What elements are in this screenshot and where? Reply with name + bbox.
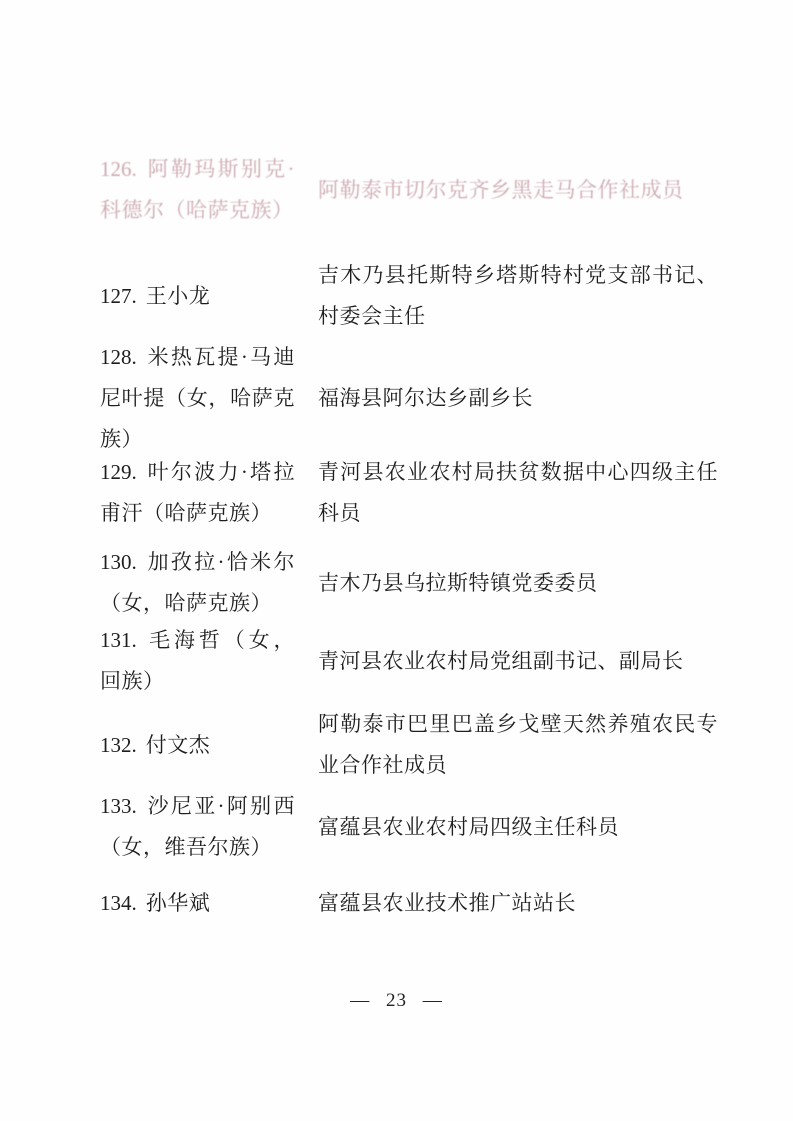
entry-name-cell: 126.阿勒玛斯别克·科德尔（哈萨克族）	[100, 149, 318, 231]
entry-name-cell: 133.沙尼亚·阿别西（女，维吾尔族）	[100, 786, 318, 868]
entry-row-134: 134.孙华斌 富蕴县农业技术推广站站长	[100, 880, 718, 926]
entry-row-126: 126.阿勒玛斯别克·科德尔（哈萨克族） 阿勒泰市切尔克齐乡黑走马合作社成员	[100, 128, 718, 252]
entry-position-text: 吉木乃县托斯特乡塔斯特村党支部书记、村委会主任	[318, 255, 718, 337]
entry-name-cell: 129.叶尔波力·塔拉甫汗（哈萨克族）	[100, 452, 318, 534]
entry-number: 134.	[100, 891, 137, 915]
entry-row-131: 131.毛海哲（女，回族） 青河县农业农村局党组副书记、副局长	[100, 618, 718, 704]
entry-position-text: 青河县农业农村局扶贫数据中心四级主任科员	[318, 452, 718, 534]
entry-name-text: 付文杰	[146, 733, 211, 757]
entry-name-cell: 134.孙华斌	[100, 883, 318, 924]
entry-row-127: 127.王小龙 吉木乃县托斯特乡塔斯特村党支部书记、村委会主任	[100, 250, 718, 342]
entry-name-cell: 132.付文杰	[100, 725, 318, 766]
entry-number: 129.	[100, 460, 137, 484]
entry-name-cell: 127.王小龙	[100, 276, 318, 317]
entry-number: 132.	[100, 733, 137, 757]
entry-name-cell: 128.米热瓦提·马迪尼叶提（女，哈萨克族）	[100, 337, 318, 460]
entry-name-text: 孙华斌	[146, 891, 211, 915]
entry-position-text: 富蕴县农业农村局四级主任科员	[318, 807, 718, 848]
entry-position-text: 青河县农业农村局党组副书记、副局长	[318, 641, 718, 682]
entry-row-130: 130.加孜拉·恰米尔（女，哈萨克族） 吉木乃县乌拉斯特镇党委委员	[100, 540, 718, 626]
entry-number: 128.	[100, 345, 137, 369]
entry-number: 126.	[100, 157, 137, 181]
document-page: 126.阿勒玛斯别克·科德尔（哈萨克族） 阿勒泰市切尔克齐乡黑走马合作社成员 1…	[0, 0, 793, 1121]
entry-position-text: 富蕴县农业技术推广站站长	[318, 883, 718, 924]
entry-number: 133.	[100, 794, 137, 818]
entry-name-cell: 130.加孜拉·恰米尔（女，哈萨克族）	[100, 542, 318, 624]
entry-number: 131.	[100, 628, 137, 652]
entry-position-text: 吉木乃县乌拉斯特镇党委委员	[318, 563, 718, 604]
entry-position-text: 阿勒泰市巴里巴盖乡戈壁天然养殖农民专业合作社成员	[318, 704, 718, 786]
entry-row-128: 128.米热瓦提·马迪尼叶提（女，哈萨克族） 福海县阿尔达乡副乡长	[100, 336, 718, 460]
entry-position-text: 阿勒泰市切尔克齐乡黑走马合作社成员	[318, 170, 718, 211]
page-number: — 23 —	[0, 990, 793, 1012]
entry-row-129: 129.叶尔波力·塔拉甫汗（哈萨克族） 青河县农业农村局扶贫数据中心四级主任科员	[100, 448, 718, 538]
entry-row-133: 133.沙尼亚·阿别西（女，维吾尔族） 富蕴县农业农村局四级主任科员	[100, 784, 718, 870]
entry-position-text: 福海县阿尔达乡副乡长	[318, 378, 718, 419]
entry-name-cell: 131.毛海哲（女，回族）	[100, 620, 318, 702]
entry-number: 130.	[100, 550, 137, 574]
entry-number: 127.	[100, 284, 137, 308]
entry-row-132: 132.付文杰 阿勒泰市巴里巴盖乡戈壁天然养殖农民专业合作社成员	[100, 700, 718, 790]
entry-name-text: 王小龙	[146, 284, 211, 308]
